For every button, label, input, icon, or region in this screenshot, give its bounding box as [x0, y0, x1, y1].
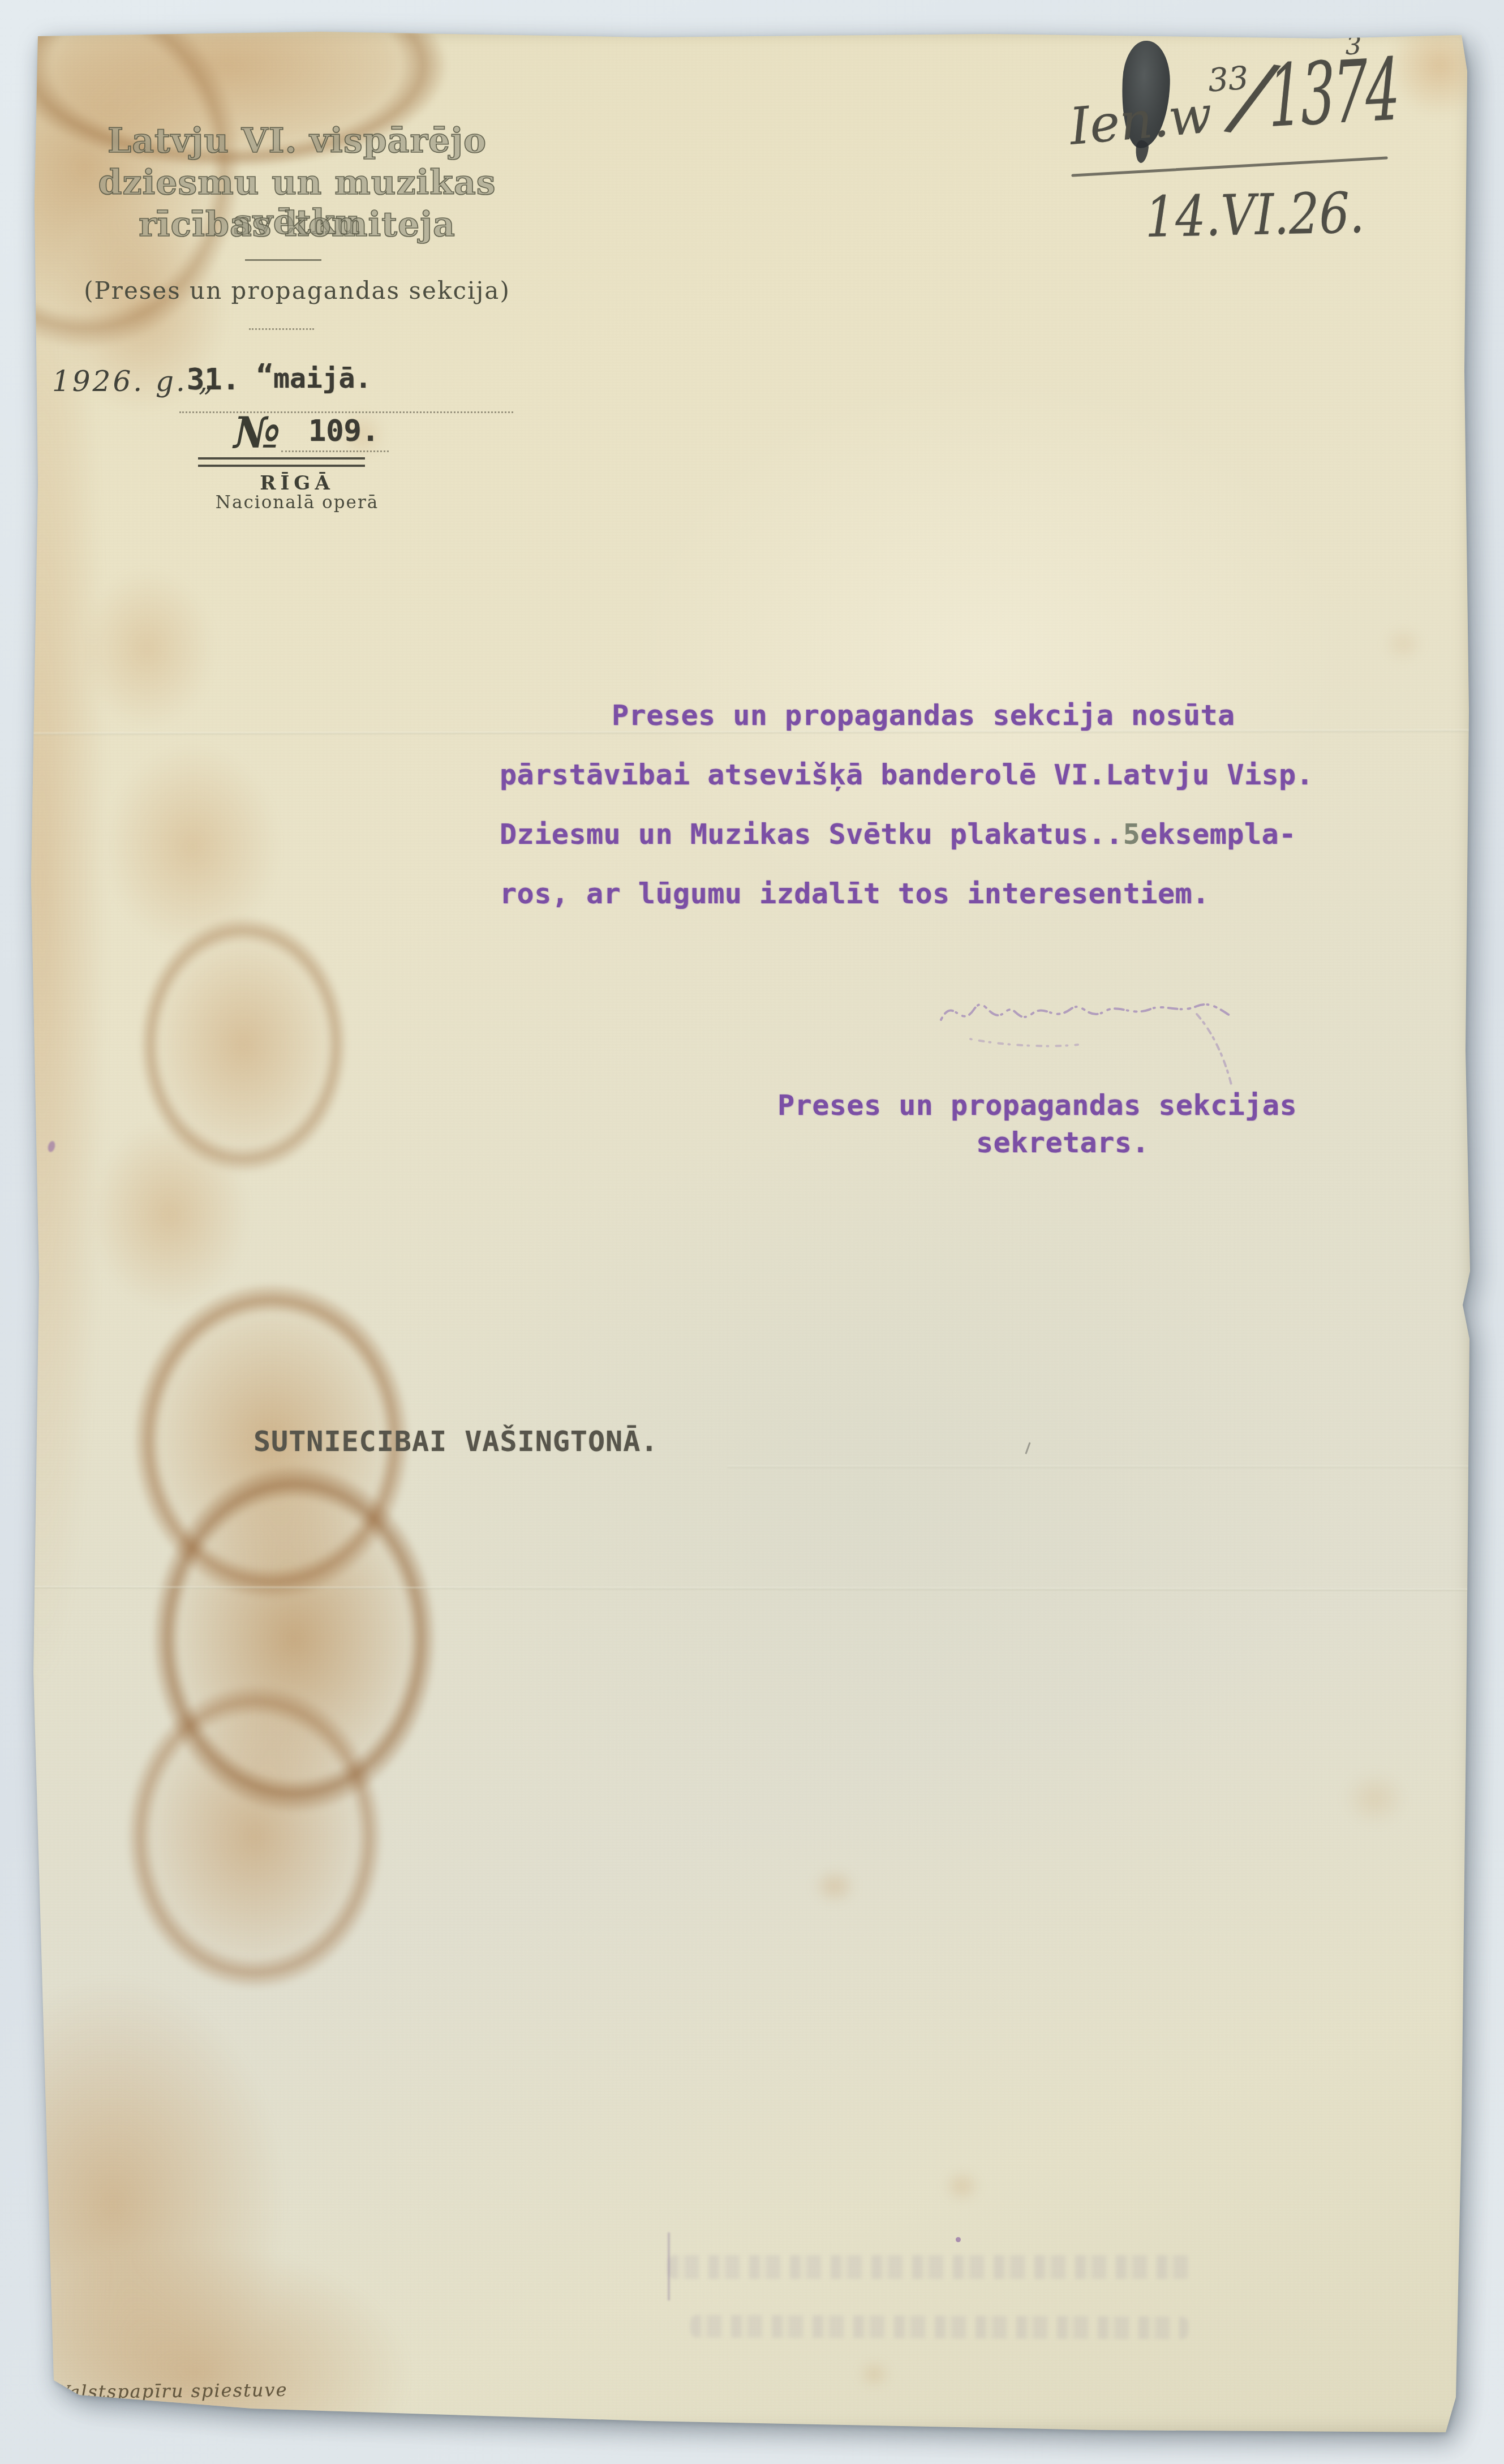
body-line4: ros, ar lūgumu izdalīt tos interesentiem… [500, 877, 1210, 910]
body-line2: pārstāvībai atsevišķā banderolē VI.Latvj… [500, 758, 1313, 791]
letterhead-city: RĪGĀ [54, 472, 540, 495]
bleed-through-stroke [668, 2233, 670, 2300]
fold-crease [25, 1586, 1474, 1591]
paper-sheet-wrapper: Latvju VI. vispārējo dziesmu un muzikas … [25, 32, 1474, 2435]
body-line3-tail: eksempla- [1140, 818, 1296, 851]
date-open-quote: “ [256, 359, 273, 392]
date-month-typed: maijā. [273, 363, 371, 394]
pencil-tick [1025, 1442, 1030, 1454]
bleed-through-text-line [668, 2255, 1191, 2279]
letterhead-venue: Nacionalā operā [54, 492, 540, 513]
signoff-line2: sekretars. [800, 1124, 1326, 1161]
fold-crease [727, 1466, 1474, 1468]
letterhead-section-line: (Preses un propagandas sekcija) [54, 277, 540, 304]
registry-annotation: Ien.w [1067, 85, 1215, 157]
water-stain-layer [25, 32, 1474, 2435]
stain-rim-layer [25, 32, 1474, 2435]
letterhead-divider-rule [245, 259, 321, 261]
registry-underline [1071, 156, 1387, 177]
body-line3: Dziesmu un Muzikas Svētku plakatus..5eks… [500, 818, 1296, 851]
bleed-through-text-line [690, 2315, 1188, 2339]
printer-imprint: Valstspapīru spiestuve [57, 2379, 288, 2403]
registry-code-superscript: 3 [1346, 32, 1361, 61]
handwritten-signature [931, 960, 1259, 1107]
body-line3-count: 5 [1123, 818, 1141, 851]
registry-code-main: 1374 [1267, 40, 1399, 147]
signoff-line1: Preses un propagandas sekcijas [774, 1087, 1300, 1124]
body-line1: Preses un propagandas sekcija nosūta [612, 699, 1235, 732]
date-day-typed: 31. [187, 363, 240, 397]
document-scan: Latvju VI. vispārējo dziesmu un muzikas … [0, 0, 1504, 2464]
date-dotted-line [179, 411, 513, 413]
body-line3-text: Dziesmu un Muzikas Svētku plakatus.. [500, 818, 1123, 851]
number-typed: 109. [308, 414, 379, 448]
ink-speck [47, 1140, 57, 1153]
paper-grain-texture [25, 32, 1474, 2435]
letterhead-double-rule [198, 457, 365, 467]
ink-speck [956, 2237, 961, 2242]
letterhead-title-line3: rīcības komiteja [54, 205, 540, 244]
paper-sheet: Latvju VI. vispārējo dziesmu un muzikas … [25, 32, 1474, 2435]
signoff-block: Preses un propagandas sekcijas sekretars… [774, 1087, 1300, 1161]
number-symbol: № [234, 407, 281, 458]
letterhead-dotted-rule [249, 328, 314, 330]
letterhead-title-line1: Latvju VI. vispārējo [54, 121, 540, 161]
registry-date-received: 14.VI.26. [1145, 180, 1365, 250]
recipient-line: SUTNIECIBAI VAŠINGTONĀ. [253, 1425, 658, 1458]
number-dotted-line [281, 450, 389, 452]
